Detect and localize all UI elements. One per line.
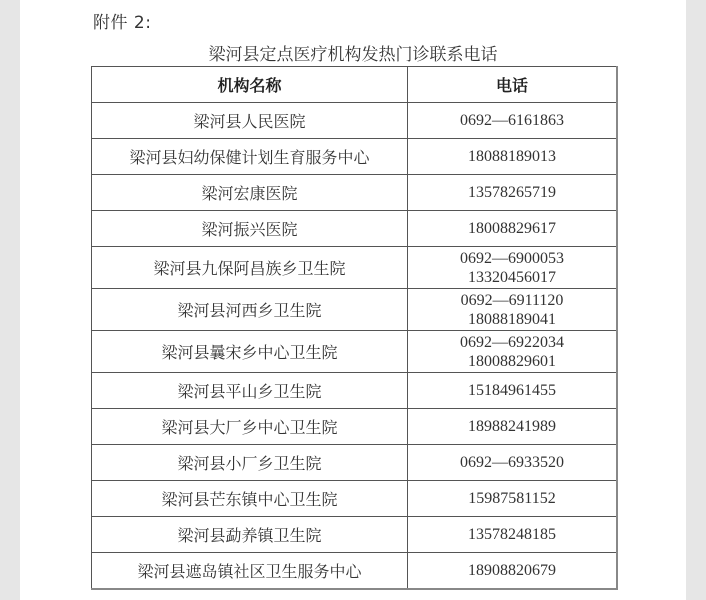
phone-cell: 18908820679 bbox=[408, 553, 618, 590]
column-header-phone: 电话 bbox=[408, 67, 618, 103]
institution-name: 梁河县九保阿昌族乡卫生院 bbox=[92, 247, 408, 289]
phone-cell: 0692—692203418008829601 bbox=[408, 331, 618, 373]
phone-number: 13578265719 bbox=[408, 183, 616, 202]
phone-number: 18088189041 bbox=[408, 310, 616, 329]
institution-name: 梁河县平山乡卫生院 bbox=[92, 373, 408, 409]
phone-number: 0692—6933520 bbox=[408, 453, 616, 472]
contact-table: 机构名称 电话 梁河县人民医院0692—6161863梁河县妇幼保健计划生育服务… bbox=[91, 66, 618, 590]
table-row: 梁河县芒东镇中心卫生院15987581152 bbox=[92, 481, 618, 517]
phone-number: 0692—6911120 bbox=[408, 291, 616, 310]
institution-name: 梁河县河西乡卫生院 bbox=[92, 289, 408, 331]
institution-name: 梁河振兴医院 bbox=[92, 211, 408, 247]
table-row: 梁河县遮岛镇社区卫生服务中心18908820679 bbox=[92, 553, 618, 590]
phone-number: 18908820679 bbox=[408, 561, 616, 580]
institution-name: 梁河宏康医院 bbox=[92, 175, 408, 211]
phone-cell: 18988241989 bbox=[408, 409, 618, 445]
table-row: 梁河县人民医院0692—6161863 bbox=[92, 103, 618, 139]
phone-cell: 15184961455 bbox=[408, 373, 618, 409]
phone-cell: 18008829617 bbox=[408, 211, 618, 247]
institution-name: 梁河县人民医院 bbox=[92, 103, 408, 139]
phone-cell: 15987581152 bbox=[408, 481, 618, 517]
phone-cell: 0692—690005313320456017 bbox=[408, 247, 618, 289]
table-row: 梁河县平山乡卫生院15184961455 bbox=[92, 373, 618, 409]
phone-number: 18088189013 bbox=[408, 147, 616, 166]
institution-name: 梁河县勐养镇卫生院 bbox=[92, 517, 408, 553]
phone-cell: 0692—691112018088189041 bbox=[408, 289, 618, 331]
phone-number: 0692—6922034 bbox=[408, 333, 616, 352]
institution-name: 梁河县曩宋乡中心卫生院 bbox=[92, 331, 408, 373]
table-row: 梁河县河西乡卫生院0692—691112018088189041 bbox=[92, 289, 618, 331]
phone-cell: 0692—6933520 bbox=[408, 445, 618, 481]
table-row: 梁河宏康医院13578265719 bbox=[92, 175, 618, 211]
phone-number: 0692—6900053 bbox=[408, 249, 616, 268]
institution-name: 梁河县小厂乡卫生院 bbox=[92, 445, 408, 481]
table-row: 梁河振兴医院18008829617 bbox=[92, 211, 618, 247]
institution-name: 梁河县遮岛镇社区卫生服务中心 bbox=[92, 553, 408, 590]
document-page: 附件 2: 梁河县定点医疗机构发热门诊联系电话 机构名称 电话 梁河县人民医院0… bbox=[20, 0, 686, 600]
phone-number: 15987581152 bbox=[408, 489, 616, 508]
table-body: 梁河县人民医院0692—6161863梁河县妇幼保健计划生育服务中心180881… bbox=[92, 103, 618, 590]
table-row: 梁河县九保阿昌族乡卫生院0692—690005313320456017 bbox=[92, 247, 618, 289]
table-row: 梁河县大厂乡中心卫生院18988241989 bbox=[92, 409, 618, 445]
phone-cell: 13578265719 bbox=[408, 175, 618, 211]
phone-cell: 13578248185 bbox=[408, 517, 618, 553]
phone-number: 18008829601 bbox=[408, 352, 616, 371]
phone-cell: 0692—6161863 bbox=[408, 103, 618, 139]
phone-number: 15184961455 bbox=[408, 381, 616, 400]
table-row: 梁河县小厂乡卫生院0692—6933520 bbox=[92, 445, 618, 481]
institution-name: 梁河县妇幼保健计划生育服务中心 bbox=[92, 139, 408, 175]
institution-name: 梁河县芒东镇中心卫生院 bbox=[92, 481, 408, 517]
table-row: 梁河县勐养镇卫生院13578248185 bbox=[92, 517, 618, 553]
phone-number: 13320456017 bbox=[408, 268, 616, 287]
phone-cell: 18088189013 bbox=[408, 139, 618, 175]
table-header-row: 机构名称 电话 bbox=[92, 67, 618, 103]
column-header-name: 机构名称 bbox=[92, 67, 408, 103]
attachment-label: 附件 2: bbox=[93, 8, 151, 33]
phone-number: 13578248185 bbox=[408, 525, 616, 544]
phone-number: 0692—6161863 bbox=[408, 111, 616, 130]
phone-number: 18008829617 bbox=[408, 219, 616, 238]
phone-number: 18988241989 bbox=[408, 417, 616, 436]
table-row: 梁河县曩宋乡中心卫生院0692—692203418008829601 bbox=[92, 331, 618, 373]
table-title: 梁河县定点医疗机构发热门诊联系电话 bbox=[20, 40, 686, 65]
institution-name: 梁河县大厂乡中心卫生院 bbox=[92, 409, 408, 445]
table-row: 梁河县妇幼保健计划生育服务中心18088189013 bbox=[92, 139, 618, 175]
